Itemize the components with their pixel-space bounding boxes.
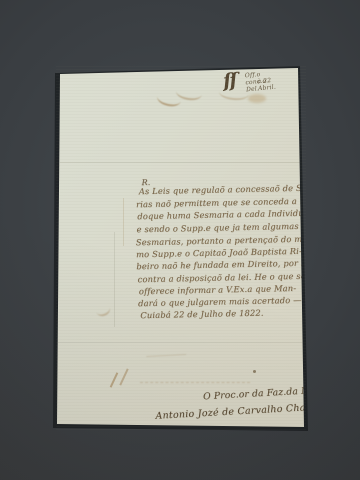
- manuscript-line: dará o que julgarem mais acertado —: [138, 295, 302, 308]
- signature-name: Antonio Jozé de Carvalho Chaves: [155, 402, 322, 422]
- date-line: Cuiabá 22 de Julho de 1822.: [140, 308, 263, 321]
- manuscript-photo: ſſ Off.o conc.o Del. à 22 Abril. R. As L…: [0, 0, 360, 480]
- manuscript-line: As Leis que regulaõ a concessaõ de Sesma…: [139, 182, 328, 196]
- manuscript-line: mo Supp.e o Capitaõ Joaõ Baptista Ri-: [136, 246, 302, 259]
- corner-note-line: à 22 Abril.: [257, 77, 276, 93]
- manuscript-line: doque huma Sesmaria a cada Individuo,: [137, 208, 312, 222]
- manuscript-line: e sendo o Supp.e que ja tem algumas: [136, 221, 298, 234]
- flourish-mark: ſſ: [222, 69, 236, 92]
- closing-line: O Proc.or da Faz.da Nac.al —: [203, 384, 345, 403]
- manuscript-line: beiro naõ he fundada em Direito, por ser: [136, 258, 314, 272]
- manuscript-line: offerece informar a V.Ex.a que Man-: [139, 283, 297, 296]
